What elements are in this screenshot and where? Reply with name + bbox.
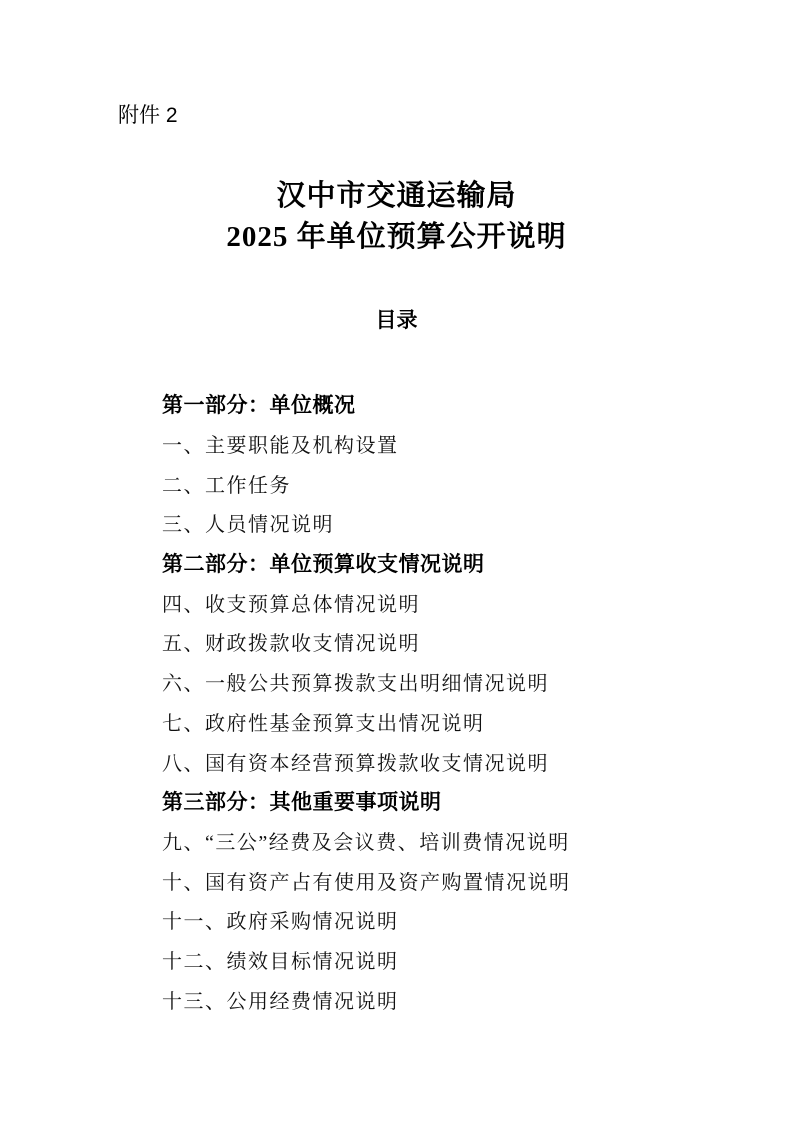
table-of-contents: 第一部分：单位概况 一、主要职能及机构设置 二、工作任务 三、人员情况说明 第二… — [162, 384, 722, 1019]
toc-item: 一、主要职能及机构设置 — [162, 424, 722, 464]
document-page: 附件 2 汉中市交通运输局 2025 年单位预算公开说明 目录 第一部分：单位概… — [0, 0, 793, 1122]
document-title: 汉中市交通运输局 2025 年单位预算公开说明 — [0, 176, 793, 258]
document-title-line1: 汉中市交通运输局 — [0, 176, 793, 217]
toc-section-heading: 第一部分：单位概况 — [162, 384, 722, 424]
toc-section-heading: 第三部分：其他重要事项说明 — [162, 781, 722, 821]
toc-item: 二、工作任务 — [162, 463, 722, 503]
toc-item: 十、国有资产占有使用及资产购置情况说明 — [162, 860, 722, 900]
toc-section-heading: 第二部分：单位预算收支情况说明 — [162, 543, 722, 583]
toc-item: 四、收支预算总体情况说明 — [162, 582, 722, 622]
toc-item: 三、人员情况说明 — [162, 503, 722, 543]
toc-item: 七、政府性基金预算支出情况说明 — [162, 702, 722, 742]
toc-item: 五、财政拨款收支情况说明 — [162, 622, 722, 662]
toc-item: 六、一般公共预算拨款支出明细情况说明 — [162, 662, 722, 702]
toc-heading: 目录 — [0, 308, 793, 334]
toc-item: 九、“三公”经费及会议费、培训费情况说明 — [162, 821, 722, 861]
toc-item: 十二、绩效目标情况说明 — [162, 940, 722, 980]
toc-item: 十三、公用经费情况说明 — [162, 979, 722, 1019]
attachment-label: 附件 2 — [118, 103, 178, 129]
document-title-line2: 2025 年单位预算公开说明 — [0, 217, 793, 258]
toc-item: 十一、政府采购情况说明 — [162, 900, 722, 940]
toc-item: 八、国有资本经营预算拨款收支情况说明 — [162, 741, 722, 781]
